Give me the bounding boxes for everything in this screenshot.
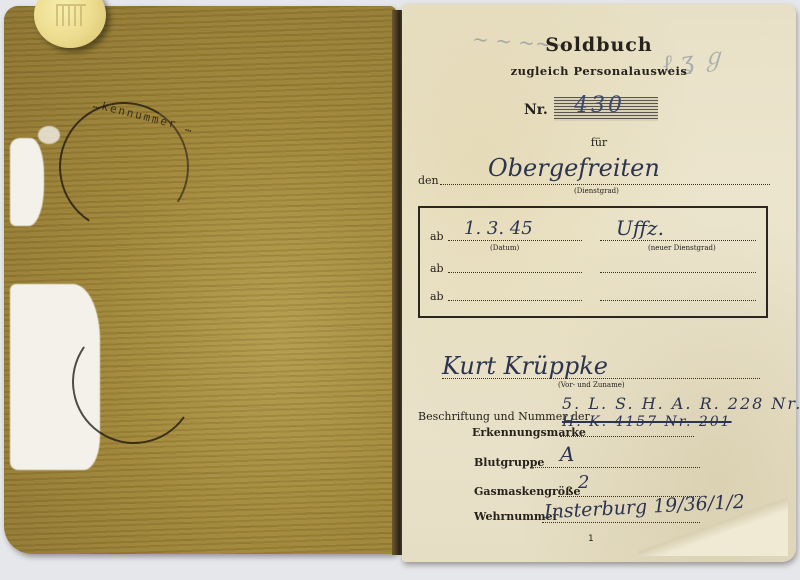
den-label: den <box>418 174 439 187</box>
tag-line <box>560 436 694 437</box>
rank-value: Obergefreiten <box>488 154 660 182</box>
blood-group-value: A <box>560 442 574 466</box>
date-caption: (Datum) <box>490 244 519 252</box>
number-label: Nr. <box>524 102 548 118</box>
name-caption: (Vor- und Zuname) <box>558 381 625 389</box>
new-rank-line <box>600 272 756 273</box>
name-value: Kurt Krüppke <box>442 352 608 380</box>
page-corner-fold <box>638 496 788 556</box>
page-number: 1 <box>588 534 594 544</box>
promotion-row-label: ab <box>430 230 444 243</box>
soldbuch-photo: …kennummer … ~ ~ ~~~ ℓ ʓ ℊ Soldbuch zugl… <box>0 0 800 580</box>
page-title: Soldbuch <box>402 34 796 56</box>
gas-mask-value: 2 <box>578 472 589 493</box>
new-rank-line <box>600 240 756 241</box>
tag-value-struck: H. K. 4157 Nr. 201 <box>562 414 732 430</box>
date-line <box>448 300 582 301</box>
coin-gate-relief <box>56 4 86 26</box>
page-subtitle: zugleich Personalausweis <box>402 64 796 78</box>
blood-group-line <box>530 467 700 468</box>
promotion-row-label: ab <box>430 262 444 275</box>
rank-line <box>440 184 770 185</box>
new-rank-caption: (neuer Dienstgrad) <box>648 244 716 252</box>
date-line <box>448 272 582 273</box>
number-value: 430 <box>574 93 625 118</box>
promotion-new-rank: Uffz. <box>616 216 664 240</box>
promotion-box: ab 1. 3. 45 Uffz. (Datum) (neuer Dienstg… <box>418 206 768 318</box>
rank-caption: (Dienstgrad) <box>574 187 619 195</box>
date-line <box>448 240 582 241</box>
number-field: 430 <box>554 97 658 121</box>
cover-wear-patch <box>38 126 60 144</box>
tag-value: 5. L. S. H. A. R. 228 Nr. 196 <box>562 394 800 413</box>
new-rank-line <box>600 300 756 301</box>
fuer-label: für <box>402 136 796 149</box>
soldbuch-page: ~ ~ ~~~ ℓ ʓ ℊ Soldbuch zugleich Personal… <box>402 4 796 562</box>
book-cover: …kennummer … <box>4 6 396 554</box>
name-line <box>442 378 760 379</box>
promotion-date: 1. 3. 45 <box>464 218 533 239</box>
cover-wear-patch <box>10 138 44 226</box>
promotion-row-label: ab <box>430 290 444 303</box>
